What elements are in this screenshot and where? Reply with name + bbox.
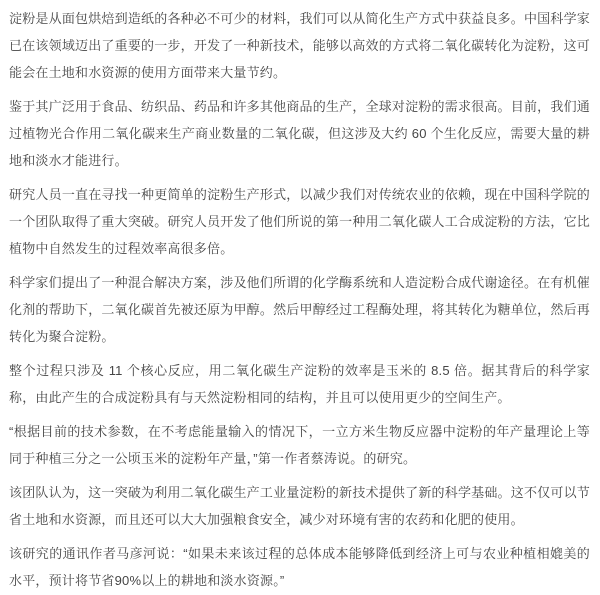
paragraph-demand: 鉴于其广泛用于食品、纺织品、药品和许多其他商品的生产，全球对淀粉的需求很高。目前… [9,93,590,174]
paragraph-significance: 该团队认为，这一突破为利用二氧化碳生产工业量淀粉的新技术提供了新的科学基础。这不… [9,479,590,533]
paragraph-efficiency: 整个过程只涉及 11 个核心反应，用二氧化碳生产淀粉的效率是玉米的 8.5 倍。… [9,357,590,411]
paragraph-intro: 淀粉是从面包烘焙到造纸的各种必不可少的材料，我们可以从简化生产方式中获益良多。中… [9,5,590,86]
paragraph-method: 科学家们提出了一种混合解决方案，涉及他们所谓的化学酶系统和人造淀粉合成代谢途径。… [9,269,590,350]
paragraph-quote-mayanhe: 该研究的通讯作者马彦河说：“如果未来该过程的总体成本能够降低到经济上可与农业种植… [9,540,590,594]
article-body: 淀粉是从面包烘焙到造纸的各种必不可少的材料，我们可以从简化生产方式中获益良多。中… [0,0,600,594]
paragraph-breakthrough: 研究人员一直在寻找一种更简单的淀粉生产形式，以减少我们对传统农业的依赖，现在中国… [9,181,590,262]
paragraph-quote-caitao: “根据目前的技术参数，在不考虑能量输入的情况下，一立方米生物反应器中淀粉的年产量… [9,418,590,472]
